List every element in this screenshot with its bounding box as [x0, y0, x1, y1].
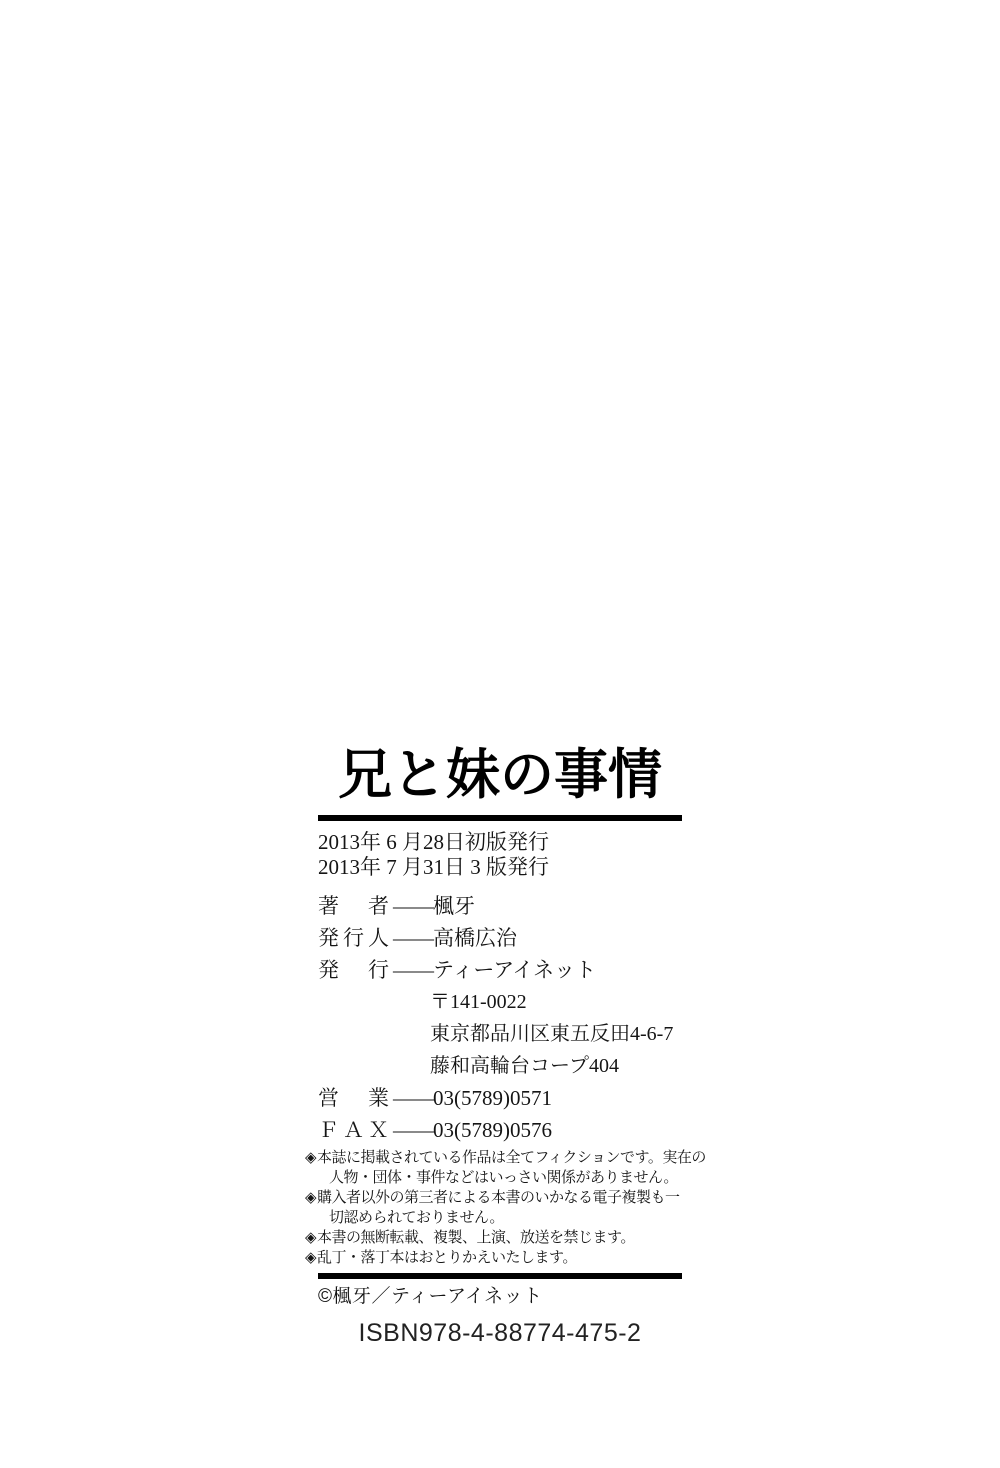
issuer-dash: —— [393, 926, 433, 950]
fax-label: ＦＡＸ [318, 1114, 393, 1146]
notice-defective-copies-line: 乱丁・落丁本はおとりかえいたします。 [317, 1250, 577, 1266]
divider-bottom [318, 1273, 682, 1279]
colophon-page: 兄と妹の事情 2013年 6 月28日初版発行 2013年 7 月31日 3 版… [0, 0, 1000, 1468]
copyright-line: ©楓牙／ティーアイネット [318, 1286, 682, 1308]
notice-fiction: ◈本誌に掲載されている作品は全てフィクションです。実在の 人物・団体・事件などは… [305, 1148, 682, 1188]
sales-label: 営 業 [318, 1082, 393, 1114]
contact-row-fax: ＦＡＸ——03(5789)0576 [318, 1114, 682, 1146]
contacts: 営 業——03(5789)0571 ＦＡＸ——03(5789)0576 [318, 1082, 682, 1146]
notice-digital-copy: ◈購入者以外の第三者による本書のいかなる電子複製も一 切認められておりません。 [305, 1188, 682, 1228]
address-line-1: 東京都品川区東五反田4-6-7 [430, 1018, 682, 1050]
print-history: 2013年 6 月28日初版発行 2013年 7 月31日 3 版発行 [318, 830, 682, 880]
notice-fiction-line-2: 人物・団体・事件などはいっさい関係がありません。 [305, 1168, 682, 1188]
diamond-bullet-icon: ◈ [305, 1230, 316, 1246]
postal-code: 〒141-0022 [430, 986, 682, 1018]
credit-row-issuer: 発行人——高橋広治 [318, 922, 682, 954]
notice-defective-copies: ◈乱丁・落丁本はおとりかえいたします。 [305, 1248, 682, 1268]
issuer-label: 発行人 [318, 922, 393, 954]
credit-row-publisher: 発 行——ティーアイネット [318, 954, 682, 986]
colophon-block: 兄と妹の事情 2013年 6 月28日初版発行 2013年 7 月31日 3 版… [318, 748, 682, 1346]
sales-phone: 03(5789)0571 [433, 1086, 552, 1110]
publisher-name: ティーアイネット [433, 958, 596, 982]
third-printing-date: 2013年 7 月31日 3 版発行 [318, 855, 682, 880]
notice-reproduction-line: 本書の無断転載、複製、上演、放送を禁じます。 [317, 1230, 635, 1246]
fax-dash: —— [393, 1118, 433, 1142]
publisher-label: 発 行 [318, 954, 393, 986]
book-title: 兄と妹の事情 [318, 748, 682, 803]
credit-row-author: 著 者——楓牙 [318, 890, 682, 922]
author-label: 著 者 [318, 890, 393, 922]
address-line-2: 藤和高輪台コープ404 [430, 1050, 682, 1082]
notice-digital-copy-line-2: 切認められておりません。 [305, 1208, 682, 1228]
first-edition-date: 2013年 6 月28日初版発行 [318, 830, 682, 855]
sales-dash: —— [393, 1086, 433, 1110]
issuer-name: 高橋広治 [433, 926, 517, 950]
fax-phone: 03(5789)0576 [433, 1118, 552, 1142]
diamond-bullet-icon: ◈ [305, 1250, 316, 1266]
notice-fiction-line-1: 本誌に掲載されている作品は全てフィクションです。実在の [317, 1150, 706, 1166]
credits: 著 者——楓牙 発行人——高橋広治 発 行——ティーアイネット [318, 890, 682, 986]
author-dash: —— [393, 894, 433, 918]
diamond-bullet-icon: ◈ [305, 1190, 316, 1206]
notice-digital-copy-line-1: 購入者以外の第三者による本書のいかなる電子複製も一 [317, 1190, 680, 1206]
isbn-number: ISBN978-4-88774-475-2 [318, 1320, 682, 1346]
divider-top [318, 815, 682, 821]
publisher-dash: —— [393, 958, 433, 982]
author-name: 楓牙 [433, 894, 475, 918]
notice-reproduction: ◈本書の無断転載、複製、上演、放送を禁じます。 [305, 1228, 682, 1248]
diamond-bullet-icon: ◈ [305, 1150, 316, 1166]
publisher-address: 〒141-0022 東京都品川区東五反田4-6-7 藤和高輪台コープ404 [430, 986, 682, 1082]
legal-notices: ◈本誌に掲載されている作品は全てフィクションです。実在の 人物・団体・事件などは… [305, 1148, 682, 1268]
contact-row-sales: 営 業——03(5789)0571 [318, 1082, 682, 1114]
